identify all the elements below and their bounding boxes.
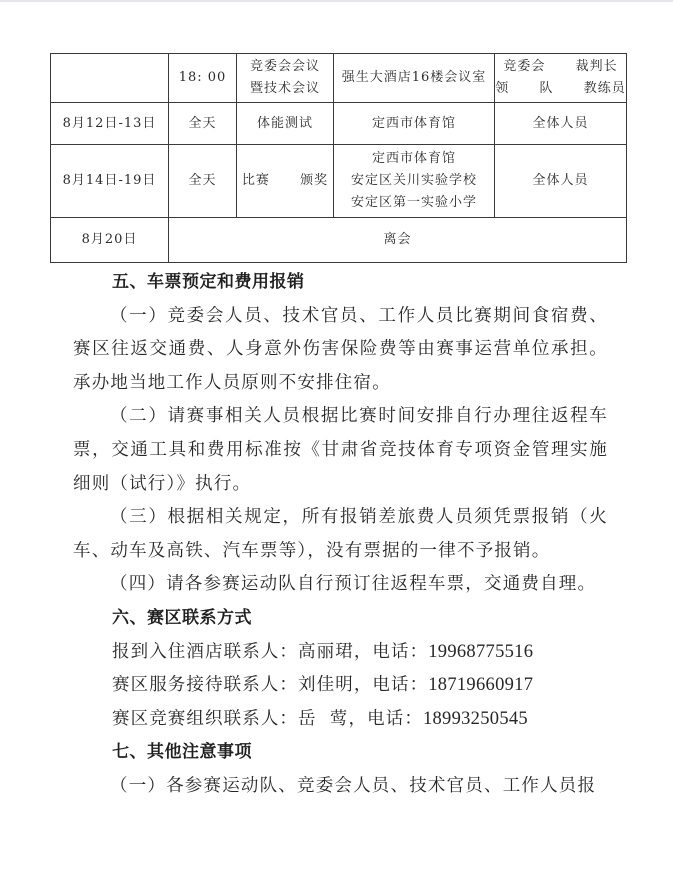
- event-cell: 竞委会会议 暨技术会议: [237, 54, 334, 103]
- merged-event-cell: 离会: [169, 218, 627, 263]
- event-line: 竞委会会议: [237, 56, 333, 78]
- attendees-line: 全体人员: [495, 113, 626, 135]
- paragraph: （三）根据相关规定，所有报销差旅费人员须凭票报销（火车、动车及高铁、汽车票等），…: [73, 501, 608, 568]
- date-cell: 8月14日-19日: [51, 145, 169, 218]
- table-row: 8月20日 离会: [51, 218, 627, 263]
- location-line: 定西市体育馆: [334, 148, 494, 170]
- table-row: 8月14日-19日 全天 比赛 颁奖 定西市体育馆 安定区关川实验学校 安定区第…: [51, 145, 627, 218]
- time-cell: 全天: [169, 103, 237, 145]
- location-cell: 定西市体育馆 安定区关川实验学校 安定区第一实验小学: [334, 145, 495, 218]
- date-cell: 8月12日-13日: [51, 103, 169, 145]
- section-heading-six: 六、赛区联系方式: [73, 602, 608, 636]
- contact-role: 赛区竞赛组织联系人：: [112, 709, 298, 729]
- phone-number: 19968775516: [428, 642, 533, 662]
- contact-role: 赛区服务接待联系人：: [112, 675, 298, 695]
- attendees-cell: 全体人员: [495, 103, 627, 145]
- table-row: 18: 00 竞委会会议 暨技术会议 强生大酒店16楼会议室 竞委会 裁判长 领…: [51, 54, 627, 103]
- location-cell: 强生大酒店16楼会议室: [334, 54, 495, 103]
- section-heading-seven: 七、其他注意事项: [73, 736, 608, 770]
- section-heading-five: 五、车票预定和费用报销: [73, 266, 608, 300]
- paragraph: （一）各参赛运动队、竞委会人员、技术官员、工作人员报: [73, 770, 608, 804]
- event-cell: 比赛 颁奖: [237, 145, 334, 218]
- event-line: 比赛 颁奖: [237, 170, 333, 192]
- date-cell: [51, 54, 169, 103]
- contact-name: 岳 莺: [298, 709, 349, 729]
- contact-line: 报到入住酒店联系人：高丽珺，电话：19968775516: [73, 636, 608, 670]
- event-cell: 体能测试: [237, 103, 334, 145]
- location-line: 定西市体育馆: [334, 113, 494, 135]
- time-cell: 18: 00: [169, 54, 237, 103]
- event-line: 体能测试: [237, 113, 333, 135]
- contact-line: 赛区竞赛组织联系人：岳 莺，电话：18993250545: [73, 703, 608, 737]
- contact-line: 赛区服务接待联系人：刘佳明，电话：18719660917: [73, 669, 608, 703]
- attendees-line: 全体人员: [495, 170, 626, 192]
- contact-name: 高丽珺: [298, 642, 354, 662]
- viewer-top-strip: [0, 0, 673, 2]
- phone-number: 18993250545: [423, 709, 528, 729]
- paragraph: （一）竞委会人员、技术官员、工作人员比赛期间食宿费、赛区往返交通费、人身意外伤害…: [73, 300, 608, 401]
- contact-name: 刘佳明: [298, 675, 354, 695]
- location-cell: 定西市体育馆: [334, 103, 495, 145]
- phone-label: ，电话：: [354, 642, 428, 662]
- event-line: 暨技术会议: [237, 78, 333, 100]
- contact-role: 报到入住酒店联系人：: [112, 642, 298, 662]
- attendees-line: 领 队 教练员: [495, 78, 626, 100]
- paragraph: （二）请赛事相关人员根据比赛时间安排自行办理往返程车票，交通工具和费用标准按《甘…: [73, 400, 608, 501]
- phone-label: ，电话：: [354, 675, 428, 695]
- phone-number: 18719660917: [428, 675, 533, 695]
- date-cell: 8月20日: [51, 218, 169, 263]
- location-line: 安定区第一实验小学: [334, 192, 494, 214]
- location-line: 安定区关川实验学校: [334, 170, 494, 192]
- attendees-cell: 全体人员: [495, 145, 627, 218]
- phone-label: ，电话：: [349, 709, 423, 729]
- attendees-line: 竞委会 裁判长: [495, 56, 626, 78]
- document-body: 五、车票预定和费用报销 （一）竞委会人员、技术官员、工作人员比赛期间食宿费、赛区…: [73, 266, 608, 804]
- attendees-cell: 竞委会 裁判长 领 队 教练员: [495, 54, 627, 103]
- schedule-table: 18: 00 竞委会会议 暨技术会议 强生大酒店16楼会议室 竞委会 裁判长 领…: [50, 53, 627, 263]
- location-line: 强生大酒店16楼会议室: [334, 67, 494, 89]
- table-row: 8月12日-13日 全天 体能测试 定西市体育馆 全体人员: [51, 103, 627, 145]
- paragraph: （四）请各参赛运动队自行预订往返程车票，交通费自理。: [73, 568, 608, 602]
- time-cell: 全天: [169, 145, 237, 218]
